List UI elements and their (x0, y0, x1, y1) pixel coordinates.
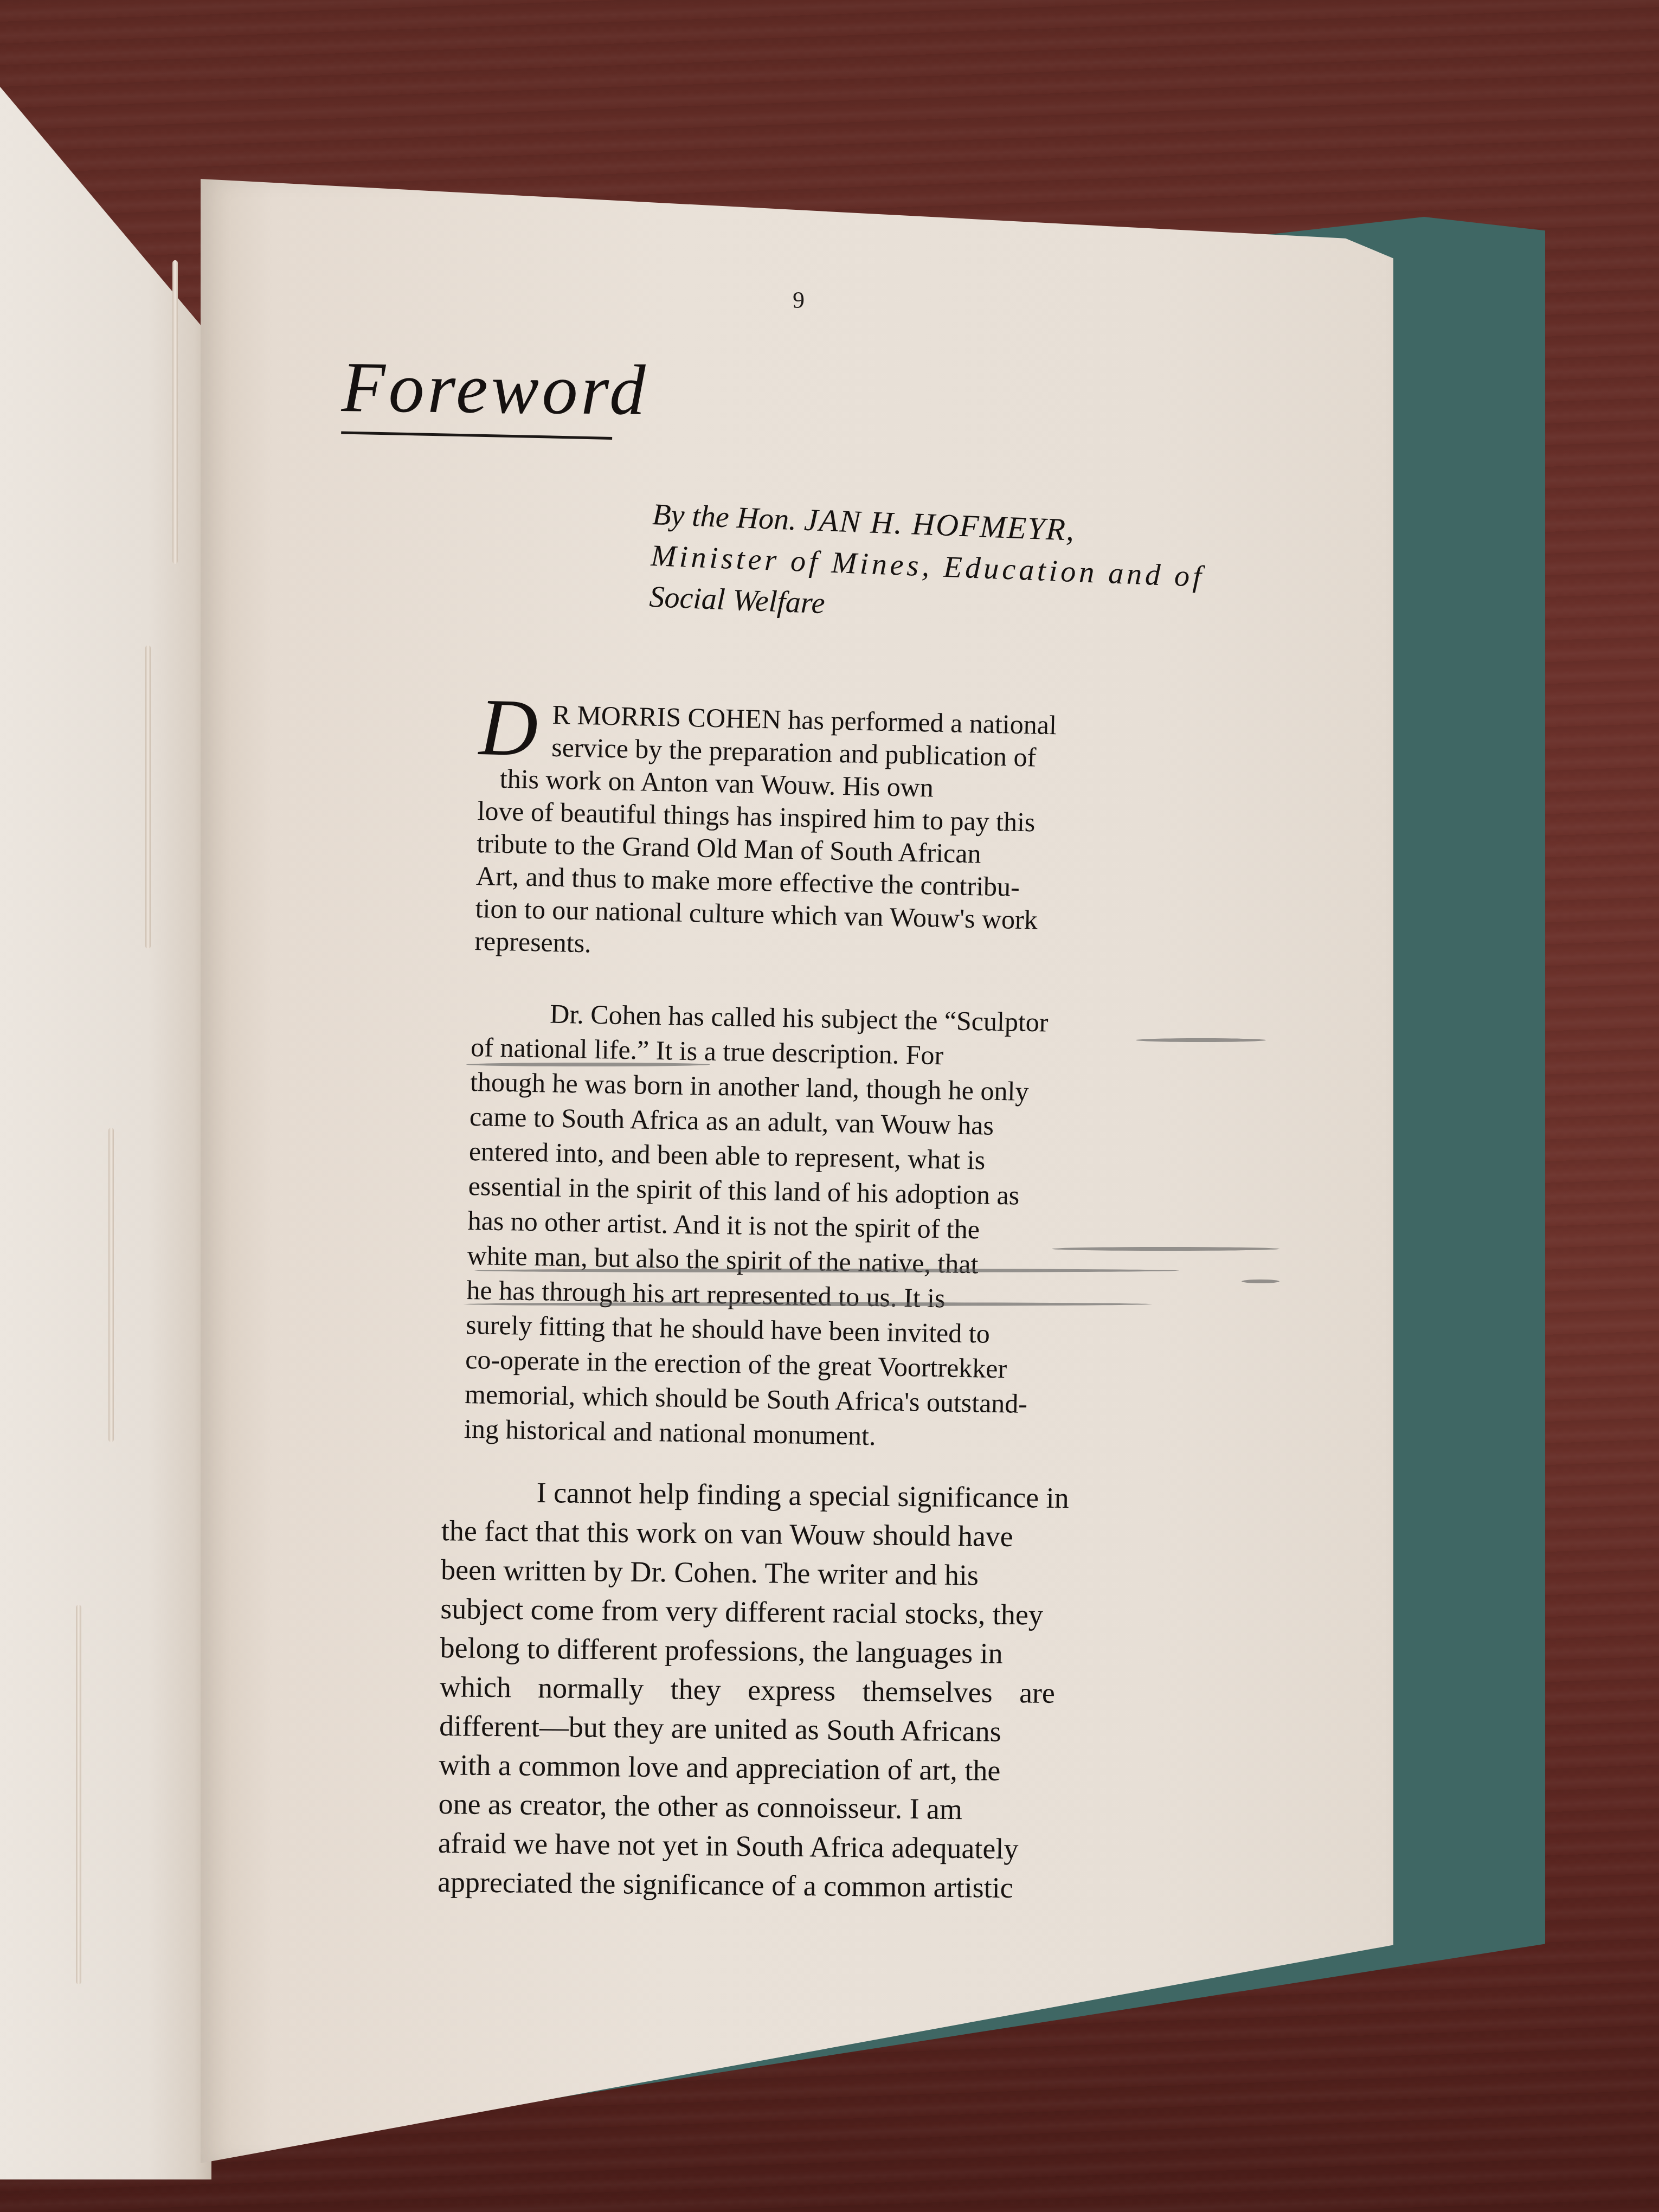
left-page-blank (0, 87, 211, 2179)
binding-stitch (108, 1128, 114, 1442)
paragraph-3: I cannot help finding a special signific… (438, 1472, 1307, 1911)
pencil-underline (1242, 1279, 1279, 1283)
pencil-underline (466, 1063, 710, 1066)
page-number: 9 (793, 286, 805, 314)
byline-prefix: By the Hon. (652, 498, 797, 537)
binding-stitch (145, 645, 151, 949)
binding-stitch (76, 1605, 81, 1984)
byline: By the Hon. JAN H. HOFMEYR, Minister of … (648, 493, 1265, 641)
pencil-underline (1136, 1038, 1266, 1042)
pencil-underline (474, 1269, 1179, 1272)
page-title: Foreword (341, 345, 649, 432)
drop-cap: D (479, 695, 539, 761)
paragraph-1: D R MORRIS COHEN has performed a nationa… (474, 697, 1250, 973)
pencil-underline (1052, 1247, 1279, 1251)
text-line: I cannot help finding a special signific… (536, 1476, 1069, 1514)
text-line: Dr. Cohen has called his subject the “Sc… (550, 999, 1049, 1038)
title-block: Foreword (341, 345, 649, 439)
byline-author: JAN H. HOFMEYR, (803, 502, 1076, 548)
binding-stitch (172, 260, 178, 564)
pencil-underline (464, 1302, 1152, 1306)
